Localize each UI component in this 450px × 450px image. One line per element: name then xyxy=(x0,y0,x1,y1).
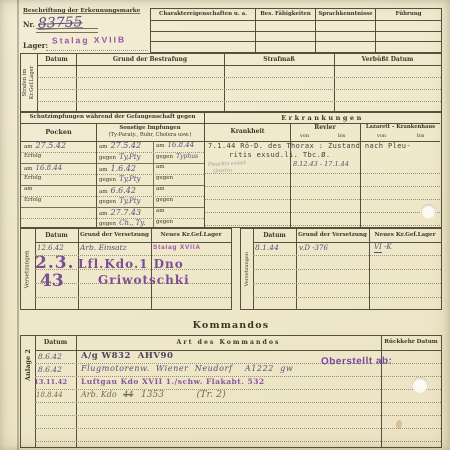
sonstige-row: gegenTy,Pty xyxy=(99,154,141,162)
am-label: am xyxy=(156,144,165,150)
sonstige-row: am xyxy=(156,187,165,193)
transfer-new-camp-stamp: Stalag XVIIA xyxy=(153,245,201,252)
sonstige-row: gegenTyphus xyxy=(156,154,198,161)
kommando-entry: A/g W832 AHV90 xyxy=(81,352,173,361)
date-stamp-line1: 2.3. xyxy=(35,255,75,272)
transfer-date: 12.6.42 xyxy=(37,245,64,252)
am-label: am xyxy=(156,209,165,215)
dotted-rule xyxy=(253,255,441,256)
vaccination-date: 6.6.42 xyxy=(111,187,136,195)
gegen-label: gegen xyxy=(99,156,116,162)
column-divider xyxy=(224,54,225,111)
sonstige-row: gegen xyxy=(156,176,173,182)
pocken-header: Pocken xyxy=(21,123,96,141)
erfolg-label: Erfolg xyxy=(24,154,41,160)
vaccination-against: Ch., Ty. xyxy=(119,220,145,227)
versetzungen-table-right: Versetzungen Datum Grund der Versetzung … xyxy=(240,228,442,310)
header-rule xyxy=(35,242,231,243)
dotted-rule xyxy=(253,283,441,284)
gegen-label: gegen xyxy=(99,178,116,184)
camp-suffix: -K xyxy=(384,243,392,251)
dotted-rule xyxy=(35,402,441,403)
kommando-date-stamp: 13.11.42 xyxy=(34,379,67,386)
dotted-rule xyxy=(205,173,440,174)
versetzungen-side-text: Versetzungen xyxy=(244,252,250,287)
column-header-neues-lager: Neues Kr.Gef.Lager xyxy=(151,229,231,242)
sonstige-row: am16.8.44 xyxy=(156,142,194,150)
strafen-side-line1: Strafen im xyxy=(23,66,30,99)
empty-cell xyxy=(375,20,441,31)
kommandos-title: Kommandos xyxy=(20,320,442,332)
sonstige-row: gegen xyxy=(156,220,173,226)
sonstige-row: am xyxy=(156,165,165,171)
dotted-rule xyxy=(205,212,440,213)
row-rule xyxy=(21,196,204,197)
vaccination-date: 27.5.42 xyxy=(111,142,142,150)
unit-stamp-line1: Lfl.Kdo.1 Dno xyxy=(78,258,184,270)
column-divider xyxy=(153,141,154,227)
column-header-faehigkeiten: Bes. Fähigkeiten xyxy=(255,9,315,20)
column-header-grund: Grund der Versetzung xyxy=(78,229,151,242)
sonstige-row: am xyxy=(156,209,165,215)
scan-edge-line xyxy=(17,0,19,450)
column-header-grund: Grund der Versetzung xyxy=(296,229,369,242)
column-header-datum: Datum xyxy=(253,229,296,242)
column-header-sprachkenntnisse: Sprachkenntnisse xyxy=(315,9,375,20)
erfolg-label: Erfolg xyxy=(24,176,41,182)
date-stamp-line2: 43 xyxy=(40,273,64,290)
kommando-entry-struck: 44 xyxy=(123,390,133,399)
column-header-datum: Datum xyxy=(37,54,76,65)
dotted-rule xyxy=(253,269,441,270)
oberstellt-stamp: Oberstellt ab: xyxy=(321,357,393,368)
strafen-side-line2: Kr.Gef.Lager xyxy=(29,66,36,99)
punch-hole xyxy=(421,204,436,219)
dotted-rule xyxy=(205,199,440,200)
empty-cell xyxy=(255,31,315,42)
empty-cell xyxy=(375,31,441,42)
row-rule xyxy=(21,174,204,175)
punch-hole xyxy=(412,377,428,393)
kommando-entry-stamp: Luftgau Kdo XVII 1./schw. Flakabt. 532 xyxy=(81,378,265,386)
gegen-label: gegen xyxy=(99,200,116,206)
am-label: am xyxy=(24,167,33,173)
am-label: am xyxy=(99,190,108,196)
dotted-rule xyxy=(35,415,441,416)
kommando-date: 8.6.42 xyxy=(38,366,62,374)
empty-cell xyxy=(315,41,375,52)
kommando-entry-troop: (Tr. 2) xyxy=(196,389,225,400)
header-rule xyxy=(37,65,441,66)
header-rule xyxy=(253,242,441,243)
camp-roman-numeral: VI xyxy=(374,243,382,253)
pocken-row: am27.5.42 xyxy=(24,142,66,151)
characteristics-table: Charaktereigenschaften u. a. Bes. Fähigk… xyxy=(150,8,442,53)
column-divider xyxy=(334,54,335,111)
gegen-label: gegen xyxy=(156,155,173,161)
anlage-side-text: Anlage 2 xyxy=(24,349,32,381)
column-divider xyxy=(76,54,77,111)
dotted-rule xyxy=(37,101,441,102)
am-label: am xyxy=(156,187,165,193)
revier-von-label: von xyxy=(300,134,309,139)
impfungen-title: Schutzimpfungen während der Gefangenscha… xyxy=(21,113,204,123)
column-header-grund: Grund der Bestrafung xyxy=(76,54,224,65)
nr-rule xyxy=(36,28,98,29)
am-label: am xyxy=(24,187,33,193)
sonstige-header: Sonstige Impfungen (Ty-Paraty., Ruhr, Ch… xyxy=(96,123,204,141)
versetzungen-side-label: Versetzungen xyxy=(241,229,253,309)
dotted-rule xyxy=(35,441,441,442)
sonstige-row: am27.5.42 xyxy=(99,142,141,151)
gegen-label: gegen xyxy=(156,220,173,226)
column-header-datum: Datum xyxy=(35,336,76,350)
pocken-row: Erfolg xyxy=(24,176,41,182)
nr-label: Nr. xyxy=(23,21,35,28)
vaccination-date: 16.8.44 xyxy=(36,165,63,172)
sonstige-row: gegenCh., Ty. xyxy=(99,220,146,228)
empty-cell xyxy=(151,20,255,31)
empty-cell xyxy=(315,20,375,31)
unit-stamp-line2: Griwotschki xyxy=(98,274,190,286)
lager-dotted-rule xyxy=(46,50,148,51)
gegen-label: gegen xyxy=(99,222,116,228)
dotted-rule xyxy=(205,225,440,226)
revier-bis-label: bis xyxy=(338,134,345,139)
vaccination-against: Typhus xyxy=(176,154,198,160)
am-label: am xyxy=(99,145,108,151)
stalag-record-card: Beschriftung der Erkennungsmarke Nr. 837… xyxy=(0,0,450,450)
pocken-row: am xyxy=(24,187,33,193)
versetzungen-side-label: Versetzungen xyxy=(21,229,35,309)
beschriftung-label: Beschriftung der Erkennungsmarke xyxy=(23,9,153,15)
transfer-new-camp: VI -K xyxy=(374,244,392,251)
dotted-rule xyxy=(35,297,231,298)
sonstige-row: am6.6.42 xyxy=(99,187,136,196)
column-header-neues-lager: Neues Kr.Gef.Lager xyxy=(369,229,441,242)
kommando-date: 18.8.44 xyxy=(36,392,63,399)
nr-rule xyxy=(36,32,98,33)
versetzungen-table-left: Versetzungen Datum Grund der Versetzung … xyxy=(20,228,232,310)
vaccination-against: Ty,Pty xyxy=(119,176,140,183)
transfer-reason: Arb. Einsatz xyxy=(80,244,127,252)
column-divider xyxy=(381,336,382,447)
empty-cell xyxy=(255,41,315,52)
am-label: am xyxy=(156,165,165,171)
lazarett-von-label: von xyxy=(377,134,386,139)
column-header-datum: Datum xyxy=(35,229,78,242)
anlage-side-label: Anlage 2 xyxy=(21,336,35,394)
krankheit-header: Krankheit xyxy=(205,123,290,141)
transfer-date: 8.1.44 xyxy=(255,244,279,252)
dotted-rule xyxy=(37,89,441,90)
lazarett-bis-label: bis xyxy=(417,134,424,139)
kommando-entry: Arb. Kdo 44 1353 (Tr. 2) xyxy=(81,390,226,400)
kommandos-table: Anlage 2 Datum Art des Kommandos Rückkeh… xyxy=(20,335,442,448)
column-divider xyxy=(76,336,77,447)
kommando-entry: Flugmotorenw. Wiener Neudorf A1222 gw xyxy=(81,365,293,373)
diagnosis-typed-line2: ritis exsud.li. Tbc.Ø. xyxy=(229,152,331,159)
sonstige-row: gegen xyxy=(156,198,173,204)
am-label: am xyxy=(99,168,108,174)
vaccination-date: 1.6.42 xyxy=(111,165,136,173)
sonstige-header-line2: (Ty-Paraty., Ruhr, Cholera usw.) xyxy=(108,133,191,138)
diagnosis-typed-line1: 7.1.44 Rö-D. des Thorax : Zustand nach P… xyxy=(208,143,411,150)
am-label: am xyxy=(99,212,108,218)
erkrankungen-table: Erkrankungen Krankheit Revier von bis La… xyxy=(205,112,442,228)
pocken-row: Erfolg xyxy=(24,154,41,160)
vaccination-date: 27.5.42 xyxy=(36,142,67,150)
column-header-fuehrung: Führung xyxy=(375,9,441,20)
empty-cell xyxy=(315,31,375,42)
vaccination-date: 27.7.43 xyxy=(111,209,142,217)
strafen-side-label: Strafen im Kr.Gef.Lager xyxy=(21,54,37,111)
lazarett-header: Lazarett – Krankenhaus xyxy=(361,125,440,130)
dotted-rule xyxy=(35,428,441,429)
transfer-reason: v.D -376 xyxy=(299,245,328,252)
sonstige-row: am1.6.42 xyxy=(99,165,136,174)
empty-cell xyxy=(375,41,441,52)
revier-dates-value: 8.12.43 - 17.1.44 xyxy=(293,161,349,168)
vaccination-against: Ty,Pty xyxy=(119,198,140,205)
column-header-verbuesst: Verbüßt Datum xyxy=(334,54,441,65)
versetzungen-side-text: Versetzungen xyxy=(25,250,32,288)
sonstige-header-line1: Sonstige Impfungen xyxy=(119,126,180,131)
empty-cell xyxy=(151,31,255,42)
impfungen-table: Schutzimpfungen während der Gefangenscha… xyxy=(20,112,205,228)
dotted-rule xyxy=(253,297,441,298)
column-header-strafmass: Strafmaß xyxy=(224,54,334,65)
vaccination-date: 16.8.44 xyxy=(168,142,195,149)
kommando-entry-prefix: Arb. Kdo xyxy=(81,390,117,399)
strafen-table: Strafen im Kr.Gef.Lager Datum Grund der … xyxy=(20,53,442,112)
sonstige-row: gegenTy,Pty xyxy=(99,198,141,206)
dotted-rule xyxy=(205,186,440,187)
lager-stamp: Stalag XVIIB xyxy=(52,35,126,45)
sonstige-row: gegenTy,Pty xyxy=(99,176,141,184)
pocken-row: am16.8.44 xyxy=(24,165,62,173)
gegen-label: gegen xyxy=(156,198,173,204)
lager-label: Lager: xyxy=(23,42,48,49)
dotted-rule xyxy=(37,77,441,78)
column-header-charaktereigenschaften: Charaktereigenschaften u. a. xyxy=(151,9,255,20)
pocken-row: Erfolg xyxy=(24,198,41,204)
column-header-rueckkehr: Rückkehr Datum xyxy=(381,336,441,350)
empty-cell xyxy=(151,41,255,52)
kommando-entry-number: 1353 xyxy=(141,390,164,400)
erfolg-label: Erfolg xyxy=(24,198,41,204)
empty-cell xyxy=(255,20,315,31)
row-rule xyxy=(21,218,204,219)
sonstige-row: am27.7.43 xyxy=(99,209,141,218)
kommando-date: 8.6.42 xyxy=(38,353,62,361)
gegen-label: gegen xyxy=(156,176,173,182)
erkrankungen-title: Erkrankungen xyxy=(205,113,440,123)
revier-header: Revier xyxy=(290,125,360,131)
column-header-art: Art des Kommandos xyxy=(76,336,381,350)
vaccination-against: Ty,Pty xyxy=(119,154,140,161)
am-label: am xyxy=(24,145,33,151)
